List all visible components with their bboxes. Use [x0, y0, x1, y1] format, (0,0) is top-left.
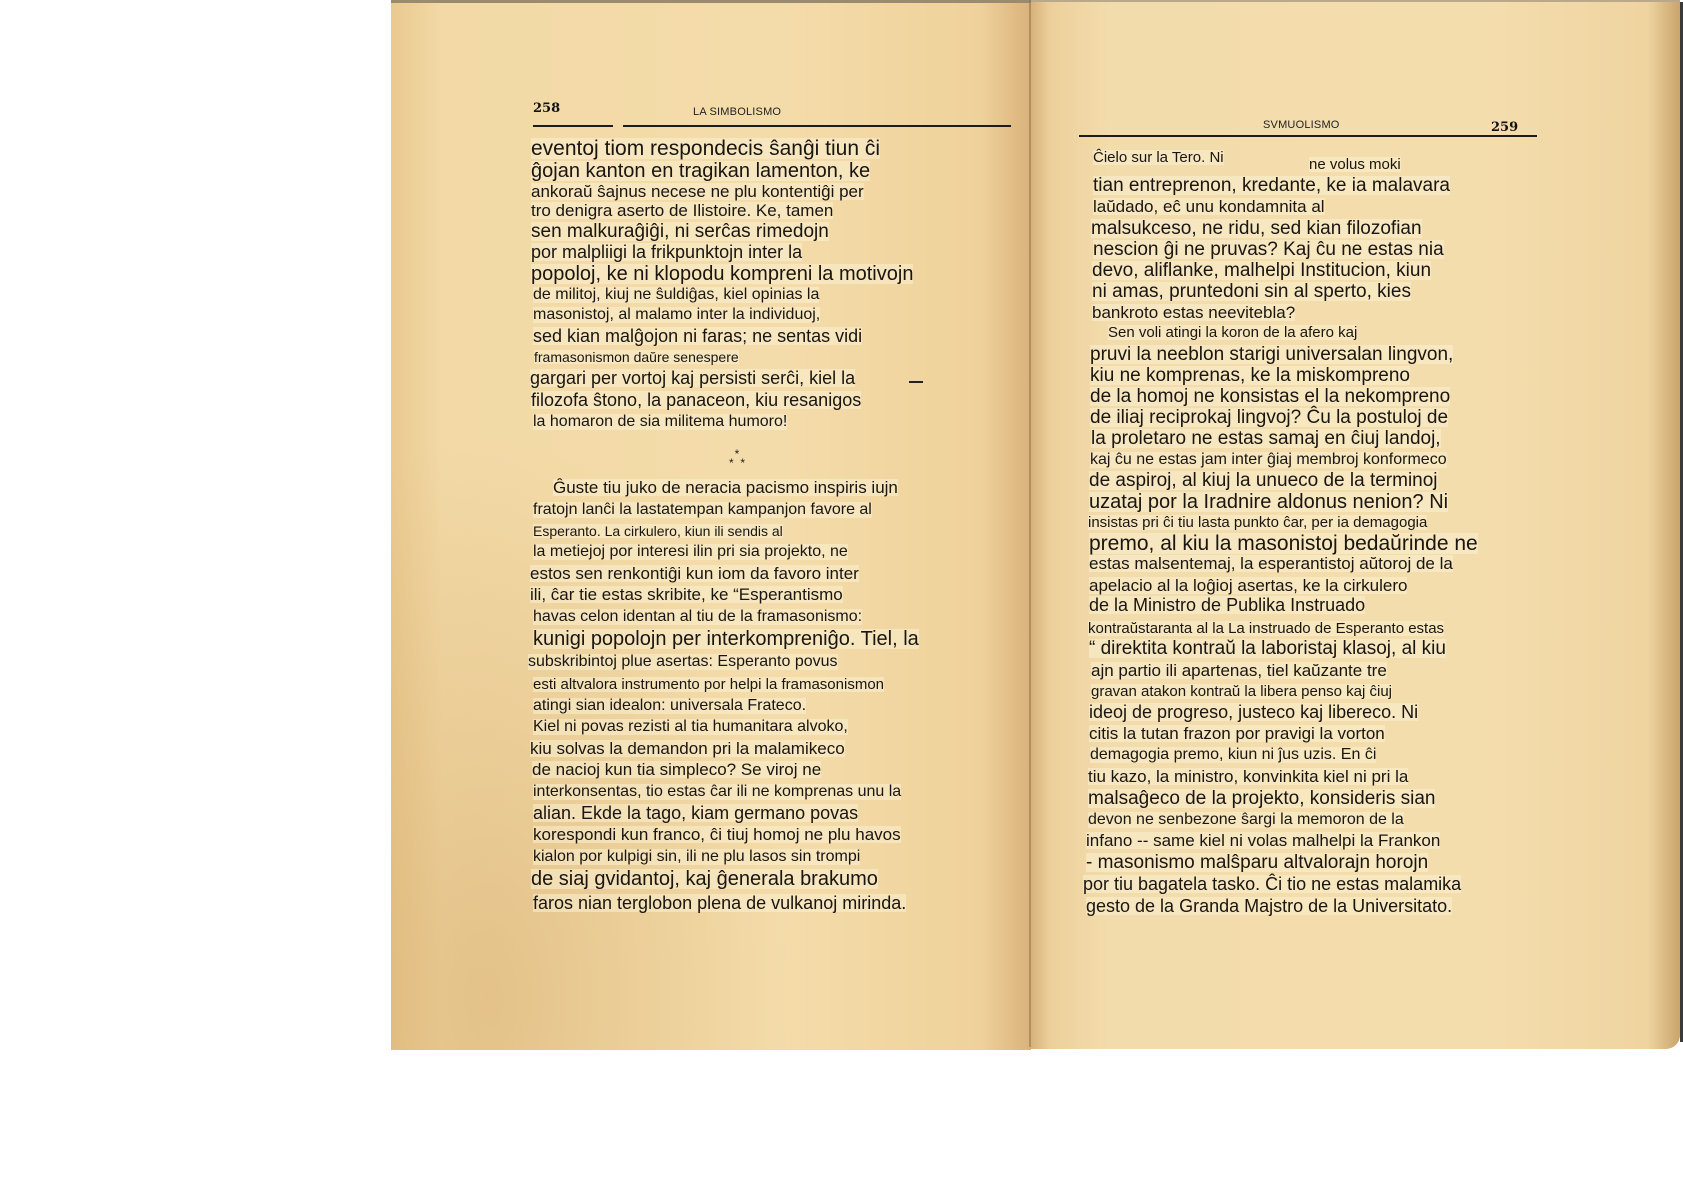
text-line: citis la tutan frazon por pravigi la vor…: [1089, 725, 1385, 742]
text-line: framasonismon daŭre senespere: [534, 350, 739, 364]
text-line: tiu kazo, la ministro, konvinkita kiel n…: [1088, 768, 1408, 785]
text-line: havas celon identan al tiu de la framaso…: [533, 609, 862, 625]
section-break-asterism: ** *: [717, 450, 757, 468]
text-line: insistas pri ĉi tiu lasta punkto ĉar, pe…: [1088, 515, 1427, 530]
text-line: por malpliigi la frikpunktojn inter la: [531, 243, 802, 261]
text-line: ankoraŭ ŝajnus necese ne plu kontentiĝi …: [531, 183, 864, 200]
text-line: tro denigra aserto de Ilistoire. Ke, tam…: [531, 202, 833, 219]
text-line: la proletaro ne estas samaj en ĉiuj land…: [1091, 429, 1441, 448]
page-number-left: 258: [533, 101, 560, 116]
text-line: filozofa ŝtono, la panaceon, kiu resanig…: [531, 391, 861, 409]
text-line: ne volus moki: [1309, 157, 1401, 172]
text-line: la metiejoj por interesi ilin pri sia pr…: [533, 544, 848, 560]
text-line: esti altvalora instrumento por helpi la …: [533, 677, 884, 692]
text-line: kiu solvas la demandon pri la malamikeco: [530, 740, 845, 757]
text-line: faros nian terglobon plena de vulkanoj m…: [533, 894, 906, 912]
margin-dash-mark: [909, 381, 923, 383]
text-line: ĝojan kanton en tragikan lamenton, ke: [531, 161, 870, 181]
text-line: devon ne senbezone ŝargi la memoron de l…: [1088, 812, 1404, 828]
text-line: malsukceso, ne ridu, sed kian filozofian: [1091, 219, 1422, 238]
text-line: laŭdado, eĉ unu kondamnita al: [1093, 198, 1325, 215]
text-line: subskribintoj plue asertas: Esperanto po…: [528, 654, 838, 670]
text-line: ni amas, pruntedoni sin al sperto, kies: [1092, 282, 1411, 301]
text-line: ajn partio ili apartenas, tiel kaŭzante …: [1091, 662, 1387, 679]
text-line: premo, al kiu la masonistoj bedaŭrinde n…: [1089, 533, 1478, 554]
text-line: ili, ĉar tie estas skribite, ke “Esperan…: [530, 586, 843, 603]
text-line: gargari per vortoj kaj persisti serĉi, k…: [530, 369, 855, 387]
header-rule-left-short: [533, 125, 613, 127]
text-line: de la homoj ne konsistas el la nekompren…: [1090, 387, 1450, 406]
header-rule-right: [1079, 135, 1537, 137]
text-line: Esperanto. La cirkulero, kiun ili sendis…: [533, 524, 783, 538]
text-line: malsaĝeco de la projekto, konsideris sia…: [1088, 789, 1435, 808]
text-line: kiu ne komprenas, ke la miskompreno: [1090, 366, 1410, 385]
text-line: kunigi popolojn per interkompreniĝo. Tie…: [533, 629, 919, 649]
text-line: pruvi la neeblon starigi universalan lin…: [1090, 345, 1453, 364]
text-line: kontraŭstaranta al la La instruado de Es…: [1088, 621, 1444, 636]
text-line: de militoj, kiuj ne ŝuldiĝas, kiel opini…: [533, 287, 819, 303]
text-line: ideoj de progreso, justeco kaj libereco.…: [1089, 703, 1418, 721]
text-line: Ĝuste tiu juko de neracia pacismo inspir…: [553, 479, 898, 496]
page-number-right: 259: [1491, 120, 1518, 135]
text-line: fratojn lanĉi la lastatempan kampanjon f…: [533, 502, 872, 518]
text-line: de iliaj reciprokaj lingvoj? Ĉu la postu…: [1090, 408, 1448, 427]
left-page: 258 LA SIMBOLISMO eventoj tiom respondec…: [391, 0, 1031, 1050]
text-line: por tiu bagatela tasko. Ĉi tio ne estas …: [1083, 875, 1461, 893]
text-line: interkonsentas, tio estas ĉar ili ne kom…: [533, 784, 901, 800]
text-line: estas malsentemaj, la esperantistoj aŭto…: [1089, 555, 1453, 572]
text-line: atingi sian idealon: universala Frateco.: [533, 698, 806, 714]
text-line: - masonismo malŝparu altvalorajn horojn: [1086, 853, 1428, 872]
text-line: de la Ministro de Publika Instruado: [1089, 596, 1365, 614]
text-line: Kiel ni povas rezisti al tia humanitara …: [533, 719, 848, 735]
text-line: infano -- same kiel ni volas malhelpi la…: [1086, 832, 1440, 849]
text-line: demagogia premo, kiun ni ĵus uzis. En ĉi: [1090, 747, 1376, 763]
text-line: “ direktita kontraŭ la laboristaj klasoj…: [1089, 639, 1446, 658]
text-line: estos sen renkontiĝi kun iom da favoro i…: [530, 565, 859, 582]
text-line: kaj ĉu ne estas jam inter ĝiaj membroj k…: [1090, 452, 1447, 468]
text-line: de siaj gvidantoj, kaj ĝenerala brakumo: [531, 869, 878, 889]
text-line: eventoj tiom respondecis ŝanĝi tiun ĉi: [531, 138, 880, 159]
running-head-left: LA SIMBOLISMO: [693, 106, 781, 118]
text-line: alian. Ekde la tago, kiam germano povas: [533, 804, 858, 822]
text-line: nescion ĝi ne pruvas? Kaj ĉu ne estas ni…: [1093, 240, 1444, 259]
running-head-right: SVMUOLISMO: [1263, 119, 1340, 131]
book-spread: 258 LA SIMBOLISMO eventoj tiom respondec…: [391, 0, 1680, 1047]
text-line: sen malkuraĝiĝi, ni serĉas rimedojn: [531, 222, 829, 241]
text-line: de aspiroj, al kiuj la unueco de la term…: [1089, 471, 1438, 490]
text-line: apelacio al la loĝioj asertas, ke la cir…: [1089, 577, 1407, 594]
header-rule-left-long: [623, 125, 1011, 127]
text-line: Sen voli atingi la koron de la afero kaj: [1108, 325, 1357, 340]
text-line: kialon por kulpigi sin, ili ne plu lasos…: [533, 849, 860, 865]
text-line: tian entreprenon, kredante, ke ia malava…: [1093, 176, 1450, 195]
text-line: popoloj, ke ni klopodu kompreni la motiv…: [531, 264, 913, 284]
text-line: Ĉielo sur la Tero. Ni: [1093, 150, 1224, 165]
text-line: la homaron de sia militema humoro!: [533, 414, 787, 430]
text-line: uzataj por la Iradnire aldonus nenion? N…: [1089, 492, 1448, 512]
text-line: de nacioj kun tia simpleco? Se viroj ne: [532, 761, 821, 778]
text-line: korespondi kun franco, ĉi tiuj homoj ne …: [533, 826, 901, 843]
text-line: devo, aliflanke, malhelpi Institucion, k…: [1092, 261, 1431, 280]
text-line: gesto de la Granda Majstro de la Univers…: [1086, 897, 1452, 915]
text-line: sed kian malĝojon ni faras; ne sentas vi…: [533, 327, 862, 345]
right-page: SVMUOLISMO 259 Ĉielo sur la Tero. Nine v…: [1031, 0, 1680, 1049]
text-line: masonistoj, al malamo inter la individuo…: [533, 307, 820, 323]
text-line: gravan atakon kontraŭ la libera penso ka…: [1091, 684, 1392, 699]
text-line: bankroto estas neevitebla?: [1092, 304, 1295, 321]
